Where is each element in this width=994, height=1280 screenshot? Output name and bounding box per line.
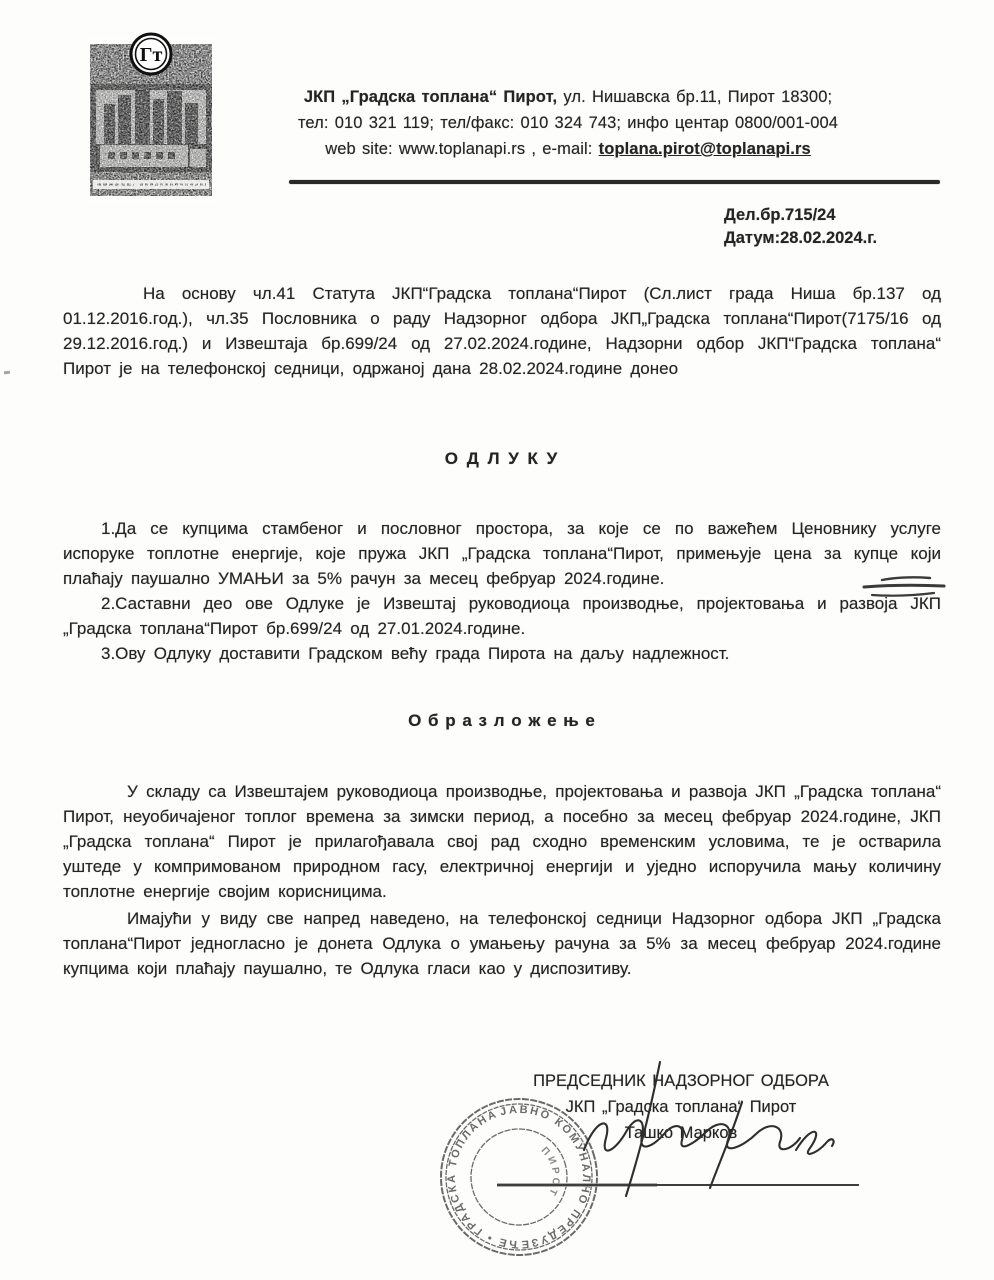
letterhead: ЈКП „Градска топлана“ Пирот, ул. Нишавск… xyxy=(278,84,858,162)
company-logo: Гт xyxy=(88,32,214,204)
intro-paragraph: На основу чл.41 Статута ЈКП“Градска топл… xyxy=(63,281,941,381)
company-address: ул. Нишавска бр.11, Пирот 18300; xyxy=(557,88,832,106)
doc-number: Дел.бр.715/24 xyxy=(724,204,877,227)
rationale-paragraph-2: Имајући у виду све напред наведено, на т… xyxy=(63,906,941,981)
company-logo-graphic: Гт xyxy=(88,32,214,204)
letterhead-divider xyxy=(289,180,940,184)
decision-title: О Д Л У К У xyxy=(63,449,941,469)
scanned-document-page: Гт ЈКП „Градска топлана“ Пирот, ул. Ниша… xyxy=(0,0,994,1280)
rationale-paragraph-1: У складу са Извештајем руководиоца произ… xyxy=(63,779,941,904)
document-meta: Дел.бр.715/24 Датум:28.02.2024.г. xyxy=(724,204,877,250)
decision-items: 1.Да се купцима стамбеног и пословног пр… xyxy=(63,516,941,666)
rationale-title: О б р а з л о ж е њ е xyxy=(63,711,941,731)
letterhead-line3: web site: www.toplanapi.rs , e-mail: top… xyxy=(278,136,858,162)
doc-date: Датум:28.02.2024.г. xyxy=(724,227,877,250)
web-email-prefix: web site: www.toplanapi.rs , e-mail: xyxy=(325,140,598,158)
rationale-section: У складу са Извештајем руководиоца произ… xyxy=(63,779,941,983)
decision-item-2: 2.Саставни део ове Одлуке је Извештај ру… xyxy=(63,591,941,641)
logo-badge-text: Гт xyxy=(140,44,163,66)
scan-artifact xyxy=(4,371,10,375)
email-text: toplana.pirot@toplanapi.rs xyxy=(599,140,811,158)
intro-section: На основу чл.41 Статута ЈКП“Градска топл… xyxy=(63,281,941,381)
decision-item-1: 1.Да се купцима стамбеног и пословног пр… xyxy=(63,516,941,591)
logo-badge: Гт xyxy=(131,34,171,74)
company-name: ЈКП „Градска топлана“ Пирот, xyxy=(304,88,557,106)
decision-item-3: 3.Ову Одлуку доставити Градском већу гра… xyxy=(63,641,941,666)
letterhead-line1: ЈКП „Градска топлана“ Пирот, ул. Нишавск… xyxy=(278,84,858,110)
handwritten-mark xyxy=(852,572,952,606)
handwritten-signature xyxy=(560,1050,860,1210)
letterhead-line2: тел: 010 321 119; тел/факс: 010 324 743;… xyxy=(278,110,858,136)
